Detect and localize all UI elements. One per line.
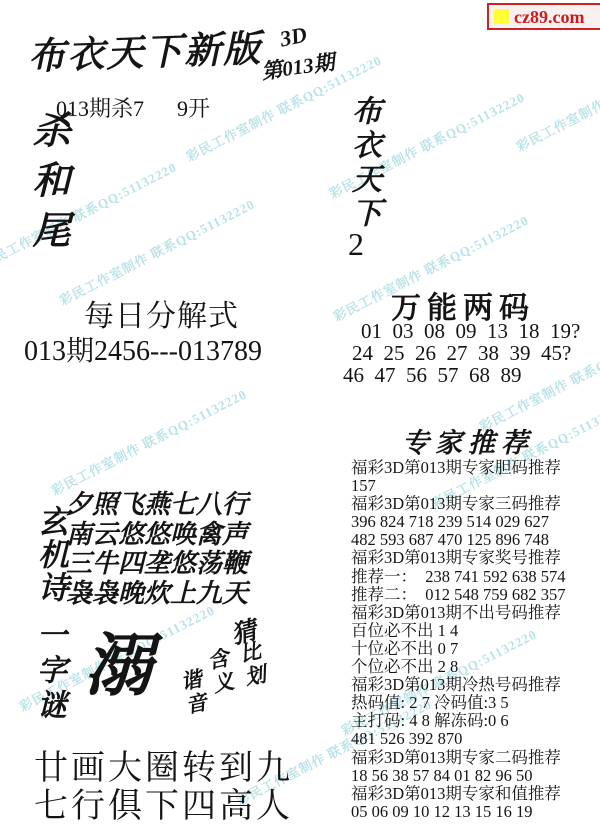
daily-breakdown-formula: 013期2456---013789 — [24, 329, 262, 369]
site-badge: cz89.com — [487, 3, 600, 30]
expert-line: 157 — [351, 477, 597, 495]
expert-recommendation-list: 福彩3D第013期专家胆码推荐 157 福彩3D第013期专家三码推荐 396 … — [351, 459, 597, 821]
expert-line: 福彩3D第013期冷热号码推荐 — [351, 676, 597, 694]
poem-line: 袅袅晚炊上九天 — [66, 579, 248, 609]
site-url: cz89.com — [514, 8, 584, 26]
expert-line: 396 824 718 239 514 029 627 — [351, 513, 597, 531]
expert-line: 十位必不出 0 7 — [351, 640, 597, 658]
expert-line: 05 06 09 10 12 13 15 16 19 — [351, 803, 597, 821]
expert-line: 热码值: 2 7 冷码值:3 5 — [351, 694, 597, 712]
mystery-poem: 夕照飞燕七八行 南云悠悠唤禽声 三牛四垄悠荡鞭 袅袅晚炊上九天 — [66, 490, 248, 608]
expert-line: 482 593 687 470 125 896 748 — [351, 531, 597, 549]
two-codes-grid: 01 03 08 09 13 18 19? 24 25 26 27 38 39 … — [343, 320, 580, 386]
game-label: 3D — [278, 21, 310, 52]
two-codes-row: 46 47 56 57 68 89 — [343, 364, 580, 386]
expert-line: 18 56 38 57 84 01 82 96 50 — [351, 767, 597, 785]
riddle-character: 溺 — [84, 632, 152, 700]
expert-line: 福彩3D第013期专家胆码推荐 — [351, 459, 597, 477]
expert-line: 个位必不出 2 8 — [351, 658, 597, 676]
lottery-tip-sheet: 彩民工作室制作 联系QQ:51132220 彩民工作室制作 联系QQ:51132… — [0, 0, 600, 838]
riddle-hint-strokes: 比划 — [232, 638, 271, 691]
two-codes-row: 24 25 26 27 38 39 45? — [343, 342, 580, 364]
footer-riddle-line: 七行俱下四高人 — [34, 778, 293, 827]
poem-line: 三牛四垄悠荡鞭 — [66, 549, 248, 579]
brand-vertical-title: 布衣天下 — [341, 95, 385, 231]
expert-line: 推荐二： 012 548 759 682 357 — [351, 586, 597, 604]
poem-line: 夕照飞燕七八行 — [66, 490, 248, 520]
expert-line: 福彩3D第013期专家二码推荐 — [351, 749, 597, 767]
expert-line: 福彩3D第013期专家三码推荐 — [351, 495, 597, 513]
poem-line: 南云悠悠唤禽声 — [66, 520, 248, 550]
expert-line: 481 526 392 870 — [351, 730, 597, 748]
watermark-text: 彩民工作室制作 联系QQ:51132220 — [513, 40, 600, 155]
word-riddle-label: 一字谜 — [26, 619, 70, 724]
expert-line: 主打码: 4 8 解冻码:0 6 — [351, 712, 597, 730]
expert-line: 百位必不出 1 4 — [351, 622, 597, 640]
expert-line: 福彩3D第013期专家奖号推荐 — [351, 549, 597, 567]
two-codes-row: 01 03 08 09 13 18 19? — [343, 320, 580, 342]
expert-line: 福彩3D第013期不出号码推荐 — [351, 604, 597, 622]
expert-section-title: 专家推荐 — [402, 421, 534, 460]
watermark-text: 彩民工作室制作 联系QQ:51132220 — [48, 384, 250, 499]
issue-number: 第013期 — [259, 46, 336, 86]
expert-line: 福彩3D第013期专家和值推荐 — [351, 785, 597, 803]
yellow-square-icon — [494, 9, 509, 24]
expert-line: 推荐一： 238 741 592 638 574 — [351, 568, 597, 586]
kill-number-line: 013期杀7 9开 — [56, 92, 210, 123]
brand-number: 2 — [348, 226, 364, 263]
page-title: 布衣天下新版 — [27, 18, 263, 80]
kill-sum-tail-label: 杀和尾 — [20, 110, 75, 260]
